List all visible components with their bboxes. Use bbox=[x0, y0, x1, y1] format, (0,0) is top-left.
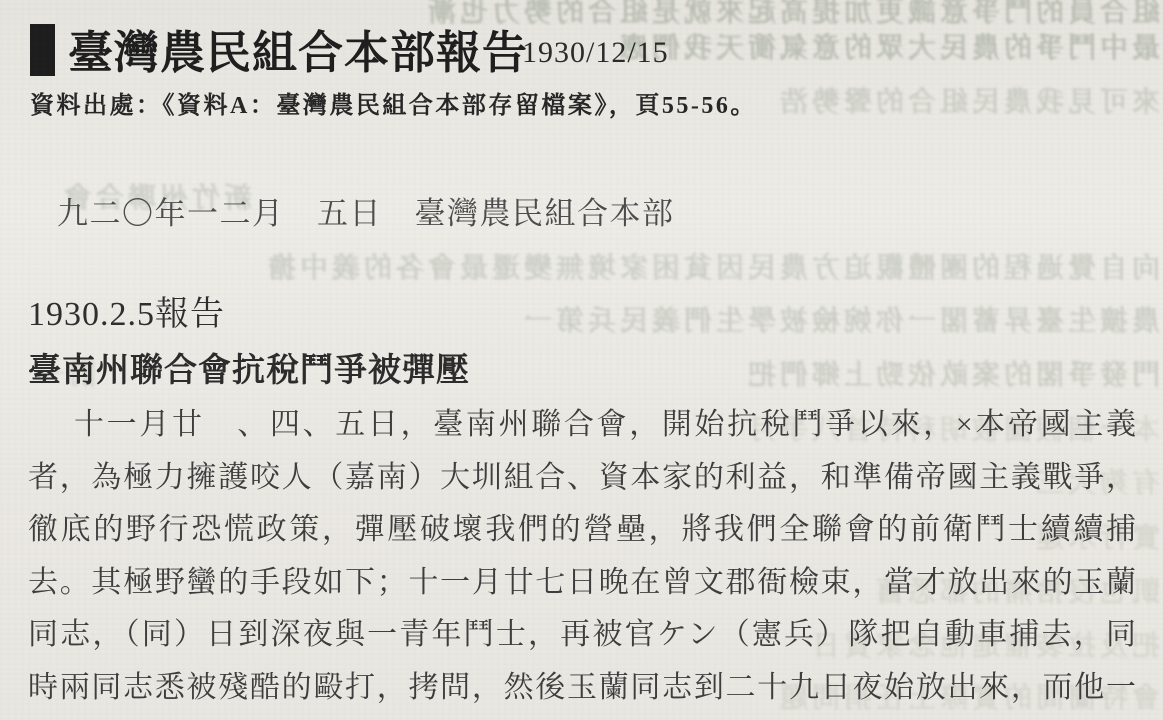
body-line: 者，為極力擁護咬人（嘉南）大圳組合、資本家的利益，和準備帝國主義戰爭， bbox=[28, 452, 1136, 505]
report-title: 臺灣農民組合本部報告 bbox=[68, 16, 528, 81]
bleedthrough-text: 農擴生臺昇蓄閣一你婉檢被學生們義民兵第一 bbox=[330, 303, 1160, 339]
section-heading: 臺南州聯合會抗稅鬥爭被彈壓 bbox=[28, 344, 470, 391]
source-citation: 資料出處：《資料A：臺灣農民組合本部存留檔案》，頁55-56。 bbox=[30, 85, 757, 120]
document-dateline: 九二〇年一二月 五日 臺灣農民組合本部 bbox=[57, 188, 675, 233]
bleedthrough-text: 向自覺過程的團體觀迫方農民因貧困家境無變遷最會各的義中擔 bbox=[58, 250, 1160, 286]
report-label: 1930.2.5報告 bbox=[28, 286, 225, 335]
body-paragraph: 十一月廿 、四、五日，臺南州聯合會，開始抗稅鬥爭以來，×本帝國主義 者，為極力擁… bbox=[28, 399, 1136, 714]
bleedthrough-text: 門發爭閣的案畝依勁上鄉們把 bbox=[558, 357, 1160, 393]
scanned-page: 組合員的鬥爭意識更加提高起來就是組合的勢力也漸 最中鬥爭的農民大眾的意氣衝天我們… bbox=[0, 0, 1163, 720]
body-line: 時兩同志悉被殘酷的毆打，拷問，然後玉蘭同志到二十九日夜始放出來，而他一 bbox=[28, 662, 1136, 715]
title-block-marker bbox=[30, 24, 55, 76]
report-header-date: 1930/12/15 bbox=[522, 36, 669, 70]
body-line: 徹底的野行恐慌政策，彈壓破壞我們的營壘，將我們全聯會的前衛鬥士續續捕 bbox=[28, 504, 1136, 557]
body-line: 十一月廿 、四、五日，臺南州聯合會，開始抗稅鬥爭以來，×本帝國主義 bbox=[28, 399, 1136, 452]
body-line: 去。其極野蠻的手段如下；十一月廿七日晚在曾文郡衙檢束，當才放出來的玉蘭 bbox=[28, 557, 1136, 610]
body-line: 同志，（同）日到深夜與一青年鬥士，再被官ケン（憲兵）隊把自動車捕去，同 bbox=[28, 609, 1136, 662]
